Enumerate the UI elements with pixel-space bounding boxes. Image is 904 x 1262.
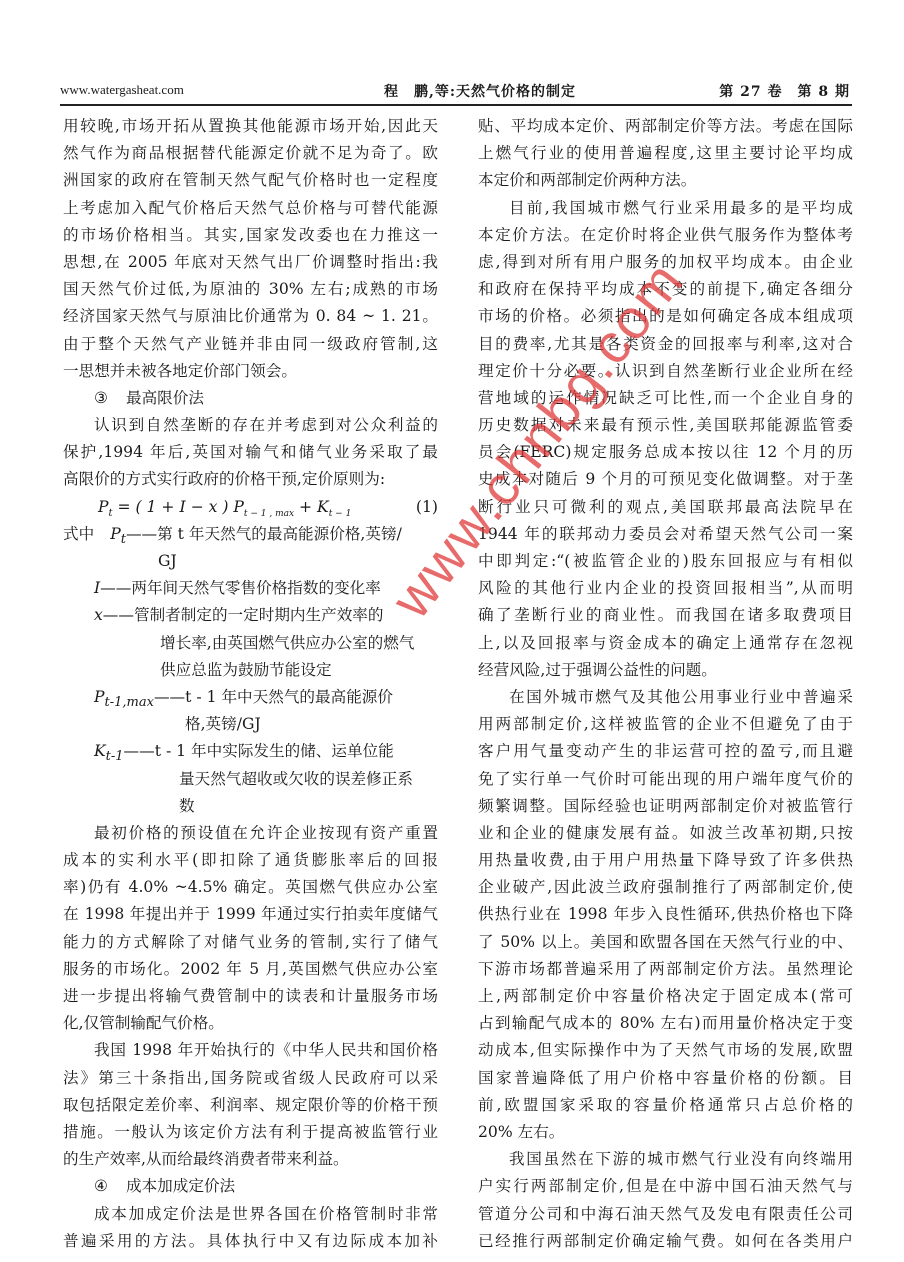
text-line: 营地域的运作情况缺乏可比性,而一个企业自身的 [478,385,853,412]
text-line: 成本加成定价法是世界各国在价格管制时非常 [63,1201,438,1228]
text-line: 洲国家的政府在管制天然气配气价格时也一定程度 [63,167,438,194]
text-line: 普遍采用的方法。具体执行中又有边际成本加补 [63,1228,438,1255]
right-column: 贴、平均成本定价、两部制定价等方法。考虑在国际上燃气行业的使用普遍程度,这里主要… [478,113,853,1255]
section-heading: ④成本加成定价法 [63,1173,438,1200]
definition-line: 供应总监为鼓励节能设定 [63,657,438,684]
definition-line: 量天然气超收或欠收的误差修正系 [63,766,438,793]
section-title: 成本加成定价法 [126,1177,235,1195]
definition-symbol: K [94,742,106,760]
volume-issue: 第 27 卷 第 8 期 [719,81,850,101]
definition-line: Pt-1,max——t - 1 年中天然气的最高能源价 [63,684,438,711]
text-line: 国家普遍降低了用户价格中容量价格的份额。目 [478,1065,853,1092]
text-line: 频繁调整。国际经验也证明两部制定价对被监管行 [478,793,853,820]
text-line: 业和企业的健康发展有益。如波兰改革初期,只按 [478,820,853,847]
text-line: 中即判定:“(被监管企业的)股东回报应与有相似 [478,548,853,575]
definition-text: ——第 t 年天然气的最高能源价格,英镑/ [126,525,402,543]
text-line: 经济国家天然气与原油比价通常为 0. 84 ~ 1. 21。 [63,303,438,330]
text-line: 理定价十分必要。认识到自然垄断行业企业所在经 [478,358,853,385]
running-header: www.watergasheat.com 程 鹏,等:天然气价格的制定 第 27… [60,80,850,106]
text-line: 在国外城市燃气及其他公用事业行业中普遍采 [478,684,853,711]
text-line: 企业破产,因此波兰政府强制推行了两部制定价,使 [478,874,853,901]
text-line: 化,仅管制输配气价格。 [63,1010,438,1037]
text-line: 员会(FERC)规定服务总成本按以往 12 个月的历 [478,439,853,466]
text-line: 贴、平均成本定价、两部制定价等方法。考虑在国际 [478,113,853,140]
text-line: 用两部制定价,这样被监管的企业不但避免了由于 [478,711,853,738]
text-line: 能力的方式解除了对储气业务的管制,实行了储气 [63,929,438,956]
text-line: 高限价的方式实行政府的价格干预,定价原则为: [63,466,438,493]
definition-symbol-sub: t-1 [106,749,124,764]
definition-symbol-sub: t-1,max [105,695,154,710]
text-line: 取包括限定差价率、利润率、规定限价等的价格干预 [63,1092,438,1119]
journal-website: www.watergasheat.com [60,82,184,98]
equation-mid: = ( 1 + I − x ) P [113,498,244,516]
definition-symbol: P [110,525,121,543]
text-line: 确了垄断行业的商业性。而我国在诸多取费项目 [478,602,853,629]
text-line: 动成本,但实际操作中为了天然气市场的发展,欧盟 [478,1037,853,1064]
text-line: 前,欧盟国家采取的容量价格通常只占总价格的 [478,1092,853,1119]
text-line: 的生产效率,从而给最终消费者带来利益。 [63,1146,438,1173]
definition-text: ——t - 1 年中天然气的最高能源价 [154,688,393,706]
definition-line: 式中Pt——第 t 年天然气的最高能源价格,英镑/ [63,521,438,548]
definition-text: 数 [179,797,195,815]
text-line: 上燃气行业的使用普遍程度,这里主要讨论平均成 [478,140,853,167]
definition-line: I——两年间天然气零售价格指数的变化率 [63,575,438,602]
equation: Pt = ( 1 + I − x ) Pt − 1 , max + Kt − 1… [63,494,438,521]
definitions-intro: 式中 [63,525,94,543]
text-line: 率)仍有 4.0% ~4.5% 确定。英国燃气供应办公室 [63,874,438,901]
text-line: 免了实行单一气价时可能出现的用户端年度气价的 [478,766,853,793]
text-line: 户实行两部制定价,但是在中游中国石油天然气与 [478,1173,853,1200]
text-line: 上,以及回报率与资金成本的确定上通常存在忽视 [478,630,853,657]
text-line: 国天然气价过低,为原油的 30% 左右;成熟的市场 [63,276,438,303]
section-number: ④ [94,1177,108,1195]
text-line: 历史数据对未来最有预示性,美国联邦能源监管委 [478,412,853,439]
text-line: 措施。一般认为该定价方法有利于提高被监管行业 [63,1119,438,1146]
text-line: 虑,得到对所有用户服务的加权平均成本。由企业 [478,249,853,276]
text-line: 在 1998 年提出并于 1999 年通过实行拍卖年度储气 [63,901,438,928]
left-column: 用较晚,市场开拓从置换其他能源市场开始,因此天然气作为商品根据替代能源定价就不足… [63,113,438,1255]
text-line: 1944 年的联邦动力委员会对希望天然气公司一案 [478,521,853,548]
text-line: 我国虽然在下游的城市燃气行业没有向终端用 [478,1146,853,1173]
header-rule [60,104,852,106]
text-line: 管道分公司和中海石油天然气及发电有限责任公司 [478,1201,853,1228]
text-line: 史成本对随后 9 个月的可预见变化做调整。对于垄 [478,466,853,493]
text-line: 然气作为商品根据替代能源定价就不足为奇了。欧 [63,140,438,167]
text-line: 风险的其他行业内企业的投资回报相当”,从而明 [478,575,853,602]
text-line: 市场的价格。必须指出的是如何确定各成本组成项 [478,303,853,330]
definition-symbol: x [94,606,103,624]
section-heading: ③最高限价法 [63,385,438,412]
text-line: 思想,在 2005 年底对天然气出厂价调整时指出:我 [63,249,438,276]
equation-number: (1) [416,494,438,521]
text-line: 进一步提出将输气费管制中的读表和计量服务市场 [63,983,438,1010]
definition-text: ——管制者制定的一定时期内生产效率的 [103,606,384,624]
equation-lhs: P [98,498,109,516]
text-line: 的市场价格相当。其实,国家发改委也在力推这一 [63,222,438,249]
definition-line: 数 [63,793,438,820]
equation-tail-sub: t − 1 [329,509,352,519]
running-title: 程 鹏,等:天然气价格的制定 [330,81,630,101]
text-line: 认识到自然垄断的存在并考虑到对公众利益的 [63,412,438,439]
text-line: 供热行业在 1998 年步入良性循环,供热价格也下降 [478,901,853,928]
text-line: 用较晚,市场开拓从置换其他能源市场开始,因此天 [63,113,438,140]
text-line: 最初价格的预设值在允许企业按现有资产重置 [63,820,438,847]
text-line: 上考虑加入配气价格后天然气总价格与可替代能源 [63,195,438,222]
equation-mid-sub: t − 1 , max [244,509,294,519]
equation-tail: + K [294,498,329,516]
text-line: 目前,我国城市燃气行业采用最多的是平均成 [478,195,853,222]
text-line: 我国 1998 年开始执行的《中华人民共和国价格 [63,1037,438,1064]
text-line: 下游市场都普遍采用了两部制定价方法。虽然理论 [478,956,853,983]
section-title: 最高限价法 [126,389,204,407]
text-line: 保护,1994 年后,英国对输气和储气业务采取了最 [63,439,438,466]
equation-body: Pt = ( 1 + I − x ) Pt − 1 , max + Kt − 1 [98,498,351,516]
definition-line: GJ [63,548,438,575]
text-line: 已经推行两部制定价确定输气费。如何在各类用户 [478,1228,853,1255]
definition-line: x——管制者制定的一定时期内生产效率的 [63,602,438,629]
definition-text: GJ [158,552,177,570]
text-line: 和政府在保持平均成本不变的前提下,确定各细分 [478,276,853,303]
text-line: 用热量收费,由于用户用热量下降导致了许多供热 [478,847,853,874]
definition-line: 格,英镑/GJ [63,711,438,738]
section-number: ③ [94,389,108,407]
text-line: 本定价方法。在定价时将企业供气服务作为整体考 [478,222,853,249]
definition-symbol: P [94,688,105,706]
text-line: 经营风险,过于强调公益性的问题。 [478,657,853,684]
definition-text: ——t - 1 年中实际发生的储、运单位能 [124,742,394,760]
definition-text: 供应总监为鼓励节能设定 [160,661,332,679]
text-line: 了 50% 以上。美国和欧盟各国在天然气行业的中、 [478,929,853,956]
text-line: 由于整个天然气产业链并非由同一级政府管制,这 [63,331,438,358]
definition-line: 增长率,由英国燃气供应办公室的燃气 [63,630,438,657]
text-line: 占到输配气成本的 80% 左右)而用量价格决定于变 [478,1010,853,1037]
definition-line: Kt-1——t - 1 年中实际发生的储、运单位能 [63,738,438,765]
text-line: 客户用气量变动产生的非运营可控的盈亏,而且避 [478,738,853,765]
text-line: 法》第三十条指出,国务院或省级人民政府可以采 [63,1065,438,1092]
text-line: 上,两部制定价中容量价格决定于固定成本(常可 [478,983,853,1010]
text-line: 成本的实利水平(即扣除了通货膨胀率后的回报 [63,847,438,874]
definition-text: 格,英镑/GJ [185,715,261,733]
text-line: 目的费率,尤其是各类资金的回报率与利率,这对合 [478,331,853,358]
definition-text: 增长率,由英国燃气供应办公室的燃气 [160,634,414,652]
text-line: 服务的市场化。2002 年 5 月,英国燃气供应办公室 [63,956,438,983]
definition-text: 量天然气超收或欠收的误差修正系 [179,770,413,788]
text-line: 20% 左右。 [478,1119,853,1146]
text-line: 一思想并未被各地定价部门领会。 [63,358,438,385]
text-line: 本定价和两部制定价两种方法。 [478,167,853,194]
text-line: 断行业只可微利的观点,美国联邦最高法院早在 [478,494,853,521]
definition-text: ——两年间天然气零售价格指数的变化率 [100,579,381,597]
